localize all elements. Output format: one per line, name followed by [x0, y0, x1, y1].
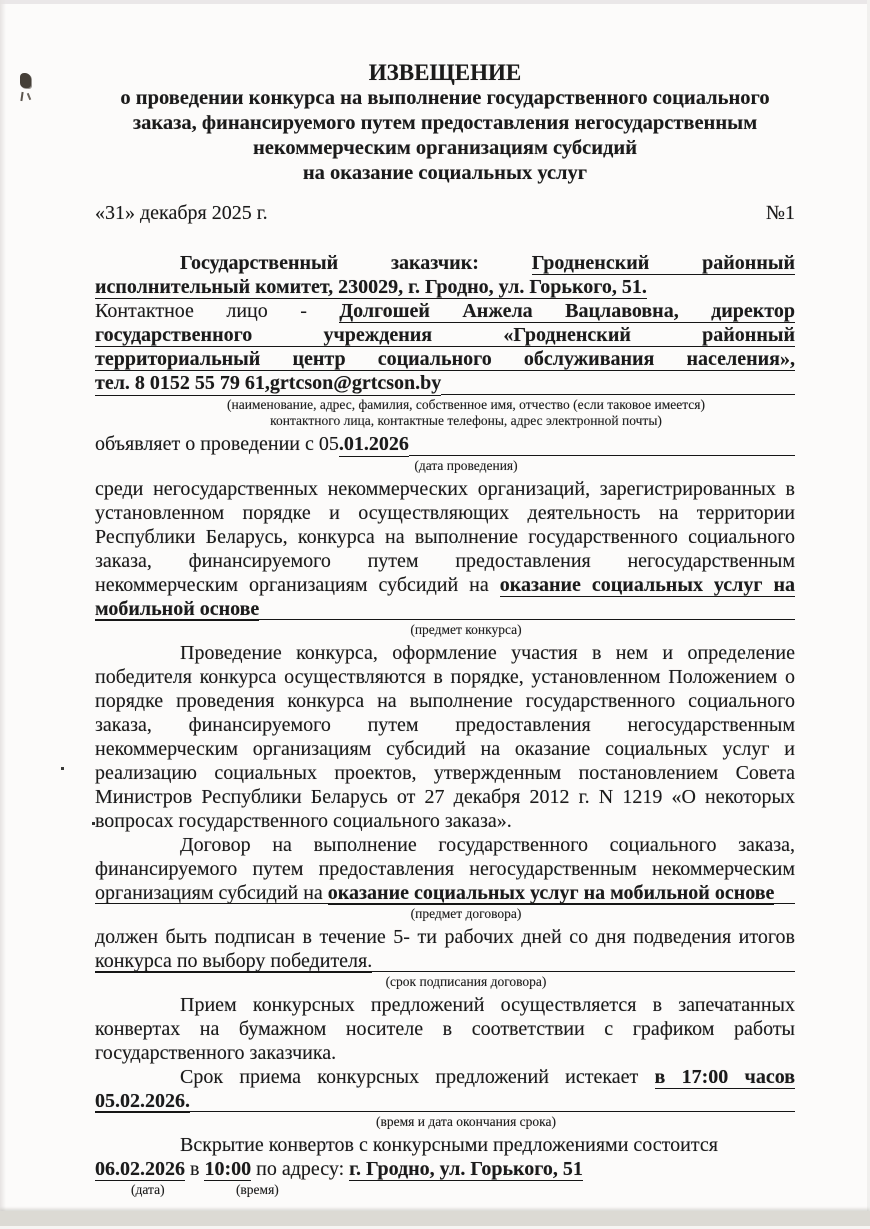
submission-paragraph: Прием конкурсных предложений осуществляе…	[95, 993, 795, 1065]
document-date: «31» декабря 2025 г.	[95, 201, 268, 225]
scan-edge-bottom	[0, 1211, 870, 1226]
signing-paragraph: должен быть подписан в течение 5- ти раб…	[95, 925, 795, 973]
customer-name-part2: исполнительный комитет, 230029, г. Гродн…	[95, 276, 647, 299]
contact-phone-email-line: тел. 8 0152 55 79 61,grtcson@grtcson.by	[95, 371, 795, 396]
opening-time-caption: (время)	[236, 1182, 279, 1198]
deadline-paragraph: Срок приема конкурсных предложений истек…	[95, 1065, 795, 1113]
document-subtitle: о проведении конкурса на выполнение госу…	[95, 86, 795, 186]
contact-phone-email: тел. 8 0152 55 79 61,grtcson@grtcson.by	[95, 371, 441, 396]
customer-label-line: Государственный заказчик: Гродненский ра…	[95, 251, 795, 275]
contract-paragraph: Договор на выполнение государственного с…	[95, 833, 795, 905]
contact-field-caption: (наименование, адрес, фамилия, собственн…	[95, 397, 795, 429]
opening-intro: Вскрытие конвертов с конкурсными предлож…	[95, 1133, 795, 1157]
customer-name-line: исполнительный комитет, 230029, г. Гродн…	[95, 275, 795, 299]
signing-field-caption: (срок подписания договора)	[95, 974, 795, 990]
document-content: ИЗВЕЩЕНИЕ о проведении конкурса на выпол…	[0, 0, 870, 1198]
subtitle-line-1: о проведении конкурса на выполнение госу…	[95, 86, 795, 111]
date-number-row: «31» декабря 2025 г. №1	[95, 201, 795, 225]
subject-paragraph: среди негосударственных некоммерческих о…	[95, 477, 795, 621]
contact-name: Долгошей Анжела Вацлавовна, директор	[339, 300, 795, 323]
subject-field-caption: (предмет конкурса)	[95, 622, 795, 638]
customer-label: Государственный заказчик:	[180, 252, 479, 274]
opening-time: 10:00	[204, 1158, 251, 1181]
customer-name-part1: Гродненский районный	[532, 252, 795, 275]
subtitle-line-2: заказа, финансируемого путем предоставле…	[95, 111, 795, 136]
document-title: ИЗВЕЩЕНИЕ	[95, 60, 795, 86]
scanned-document-page: ИЗВЕЩЕНИЕ о проведении конкурса на выпол…	[0, 0, 870, 1229]
opening-date: 06.02.2026	[95, 1158, 185, 1181]
contact-label-line: Контактное лицо - Долгошей Анжела Вацлав…	[95, 299, 795, 323]
opening-date-caption: (дата)	[131, 1182, 165, 1198]
announcement-prefix: объявляет о проведении с 05	[95, 432, 339, 457]
announcement-date: .01.2026	[339, 432, 409, 457]
announcement-line: объявляет о проведении с 05 .01.2026	[95, 432, 795, 457]
contract-field-caption: (предмет договора)	[95, 906, 795, 922]
document-number: №1	[766, 201, 795, 225]
contract-value: оказание социальных услуг на мобильной о…	[328, 882, 775, 905]
deadline-field-caption: (время и дата окончания срока)	[95, 1114, 795, 1130]
opening-details: 06.02.2026 в 10:00 по адресу: г. Гродно,…	[95, 1157, 795, 1181]
signing-value: конкурса по выбору победителя.	[95, 950, 372, 973]
procedure-paragraph: Проведение конкурса, оформление участия …	[95, 641, 795, 833]
blank-underline	[409, 455, 795, 456]
contact-line-3: территориальный центр социального обслуж…	[95, 347, 795, 371]
opening-address-label: по адресу:	[256, 1158, 344, 1180]
opening-captions: (дата) (время)	[95, 1182, 795, 1198]
opening-address: г. Гродно, ул. Горького, 51	[349, 1158, 583, 1181]
subtitle-line-3: некоммерческим организациям субсидий	[95, 136, 795, 161]
date-field-caption: (дата проведения)	[95, 458, 795, 474]
contact-label: Контактное лицо -	[95, 300, 307, 322]
subtitle-line-4: на оказание социальных услуг	[95, 161, 795, 186]
contact-line-2: государственного учреждения «Гродненский…	[95, 323, 795, 347]
blank-underline	[441, 394, 795, 395]
